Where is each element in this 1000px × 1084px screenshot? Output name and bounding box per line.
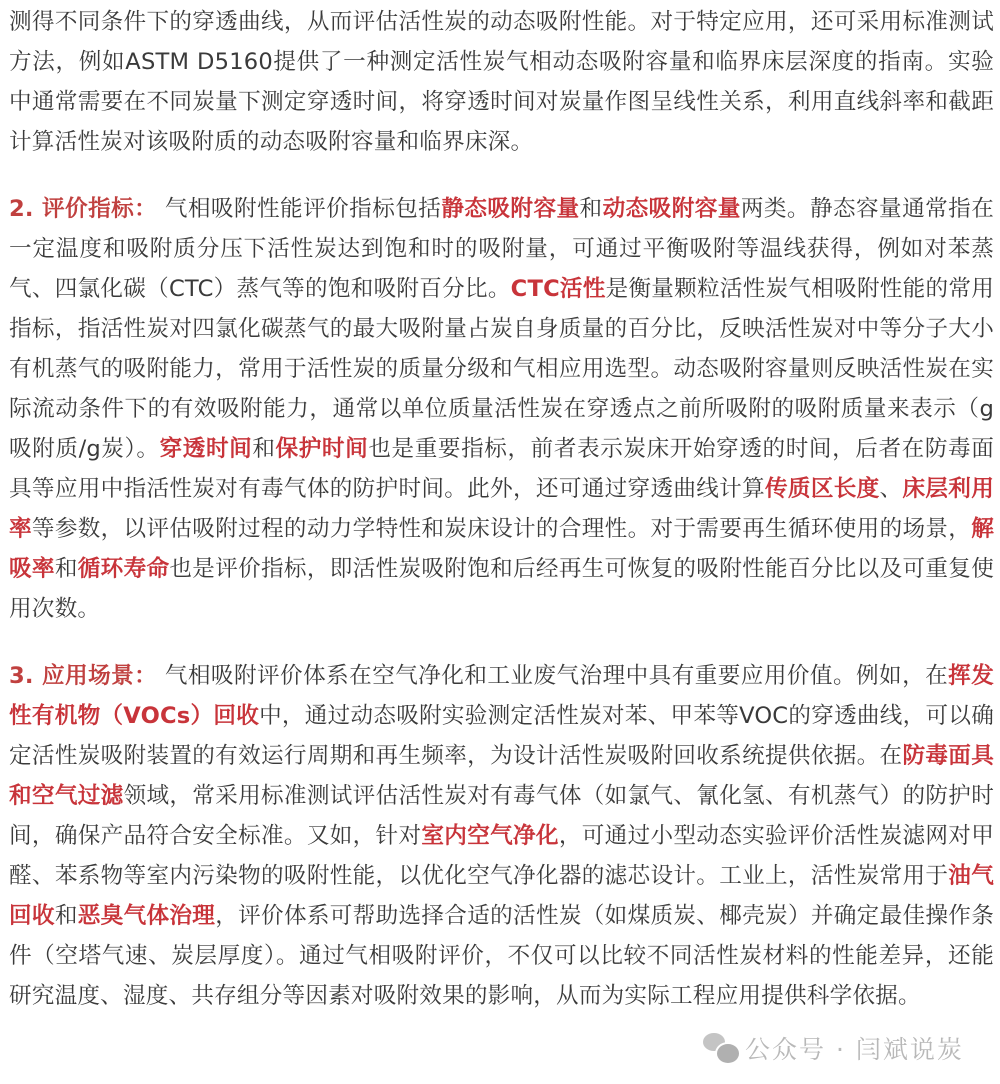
article-body: 测得不同条件下的穿透曲线，从而评估活性炭的动态吸附性能。对于特定应用，还可采用标…: [9, 0, 994, 1016]
section-heading-application-scenarios: 3. 应用场景：: [9, 663, 157, 689]
paragraph-spacer: [9, 162, 994, 189]
highlight-term: 静态吸附容量: [441, 196, 579, 222]
paragraph-text: 和: [55, 556, 78, 582]
paragraph-text: 和: [580, 196, 603, 222]
section-heading-evaluation-metrics: 2. 评价指标：: [9, 196, 157, 222]
highlight-term: CTC活性: [511, 276, 606, 302]
highlight-term: 恶臭气体治理: [78, 903, 215, 929]
watermark-text: 公众号 · 闫斌说炭: [745, 1030, 964, 1066]
paragraph-text: 测得不同条件下的穿透曲线，从而评估活性炭的动态吸附性能。对于特定应用，还可采用标…: [9, 9, 994, 155]
highlight-term: 循环寿命: [78, 556, 170, 582]
paragraph-text: 等参数，以评估吸附过程的动力学特性和炭床设计的合理性。对于需要再生循环使用的场景…: [32, 516, 971, 542]
paragraph-evaluation-metrics: 2. 评价指标： 气相吸附性能评价指标包括静态吸附容量和动态吸附容量两类。静态容…: [9, 189, 994, 629]
highlight-term: 动态吸附容量: [603, 196, 741, 222]
paragraph-application-scenarios: 3. 应用场景： 气相吸附评价体系在空气净化和工业废气治理中具有重要应用价值。例…: [9, 656, 994, 1016]
highlight-term: 保护时间: [276, 436, 369, 462]
paragraph-spacer: [9, 629, 994, 656]
paragraph-text: 气相吸附性能评价指标包括: [157, 196, 441, 222]
wechat-icon: [703, 1033, 739, 1063]
paragraph-text: 、: [880, 476, 903, 502]
highlight-term: 传质区长度: [765, 476, 880, 502]
paragraph-text: 气相吸附评价体系在空气净化和工业废气治理中具有重要应用价值。例如，在: [157, 663, 948, 689]
watermark: 公众号 · 闫斌说炭: [703, 1030, 964, 1066]
highlight-term: 室内空气净化: [421, 823, 558, 849]
paragraph-text: 是衡量颗粒活性炭气相吸附性能的常用指标，指活性炭对四氯化碳蒸气的最大吸附量占炭自…: [9, 276, 994, 462]
highlight-term: 穿透时间: [160, 436, 253, 462]
paragraph-text: 和: [252, 436, 275, 462]
paragraph-text: 和: [55, 903, 78, 929]
paragraph-test-methods: 测得不同条件下的穿透曲线，从而评估活性炭的动态吸附性能。对于特定应用，还可采用标…: [9, 0, 994, 162]
